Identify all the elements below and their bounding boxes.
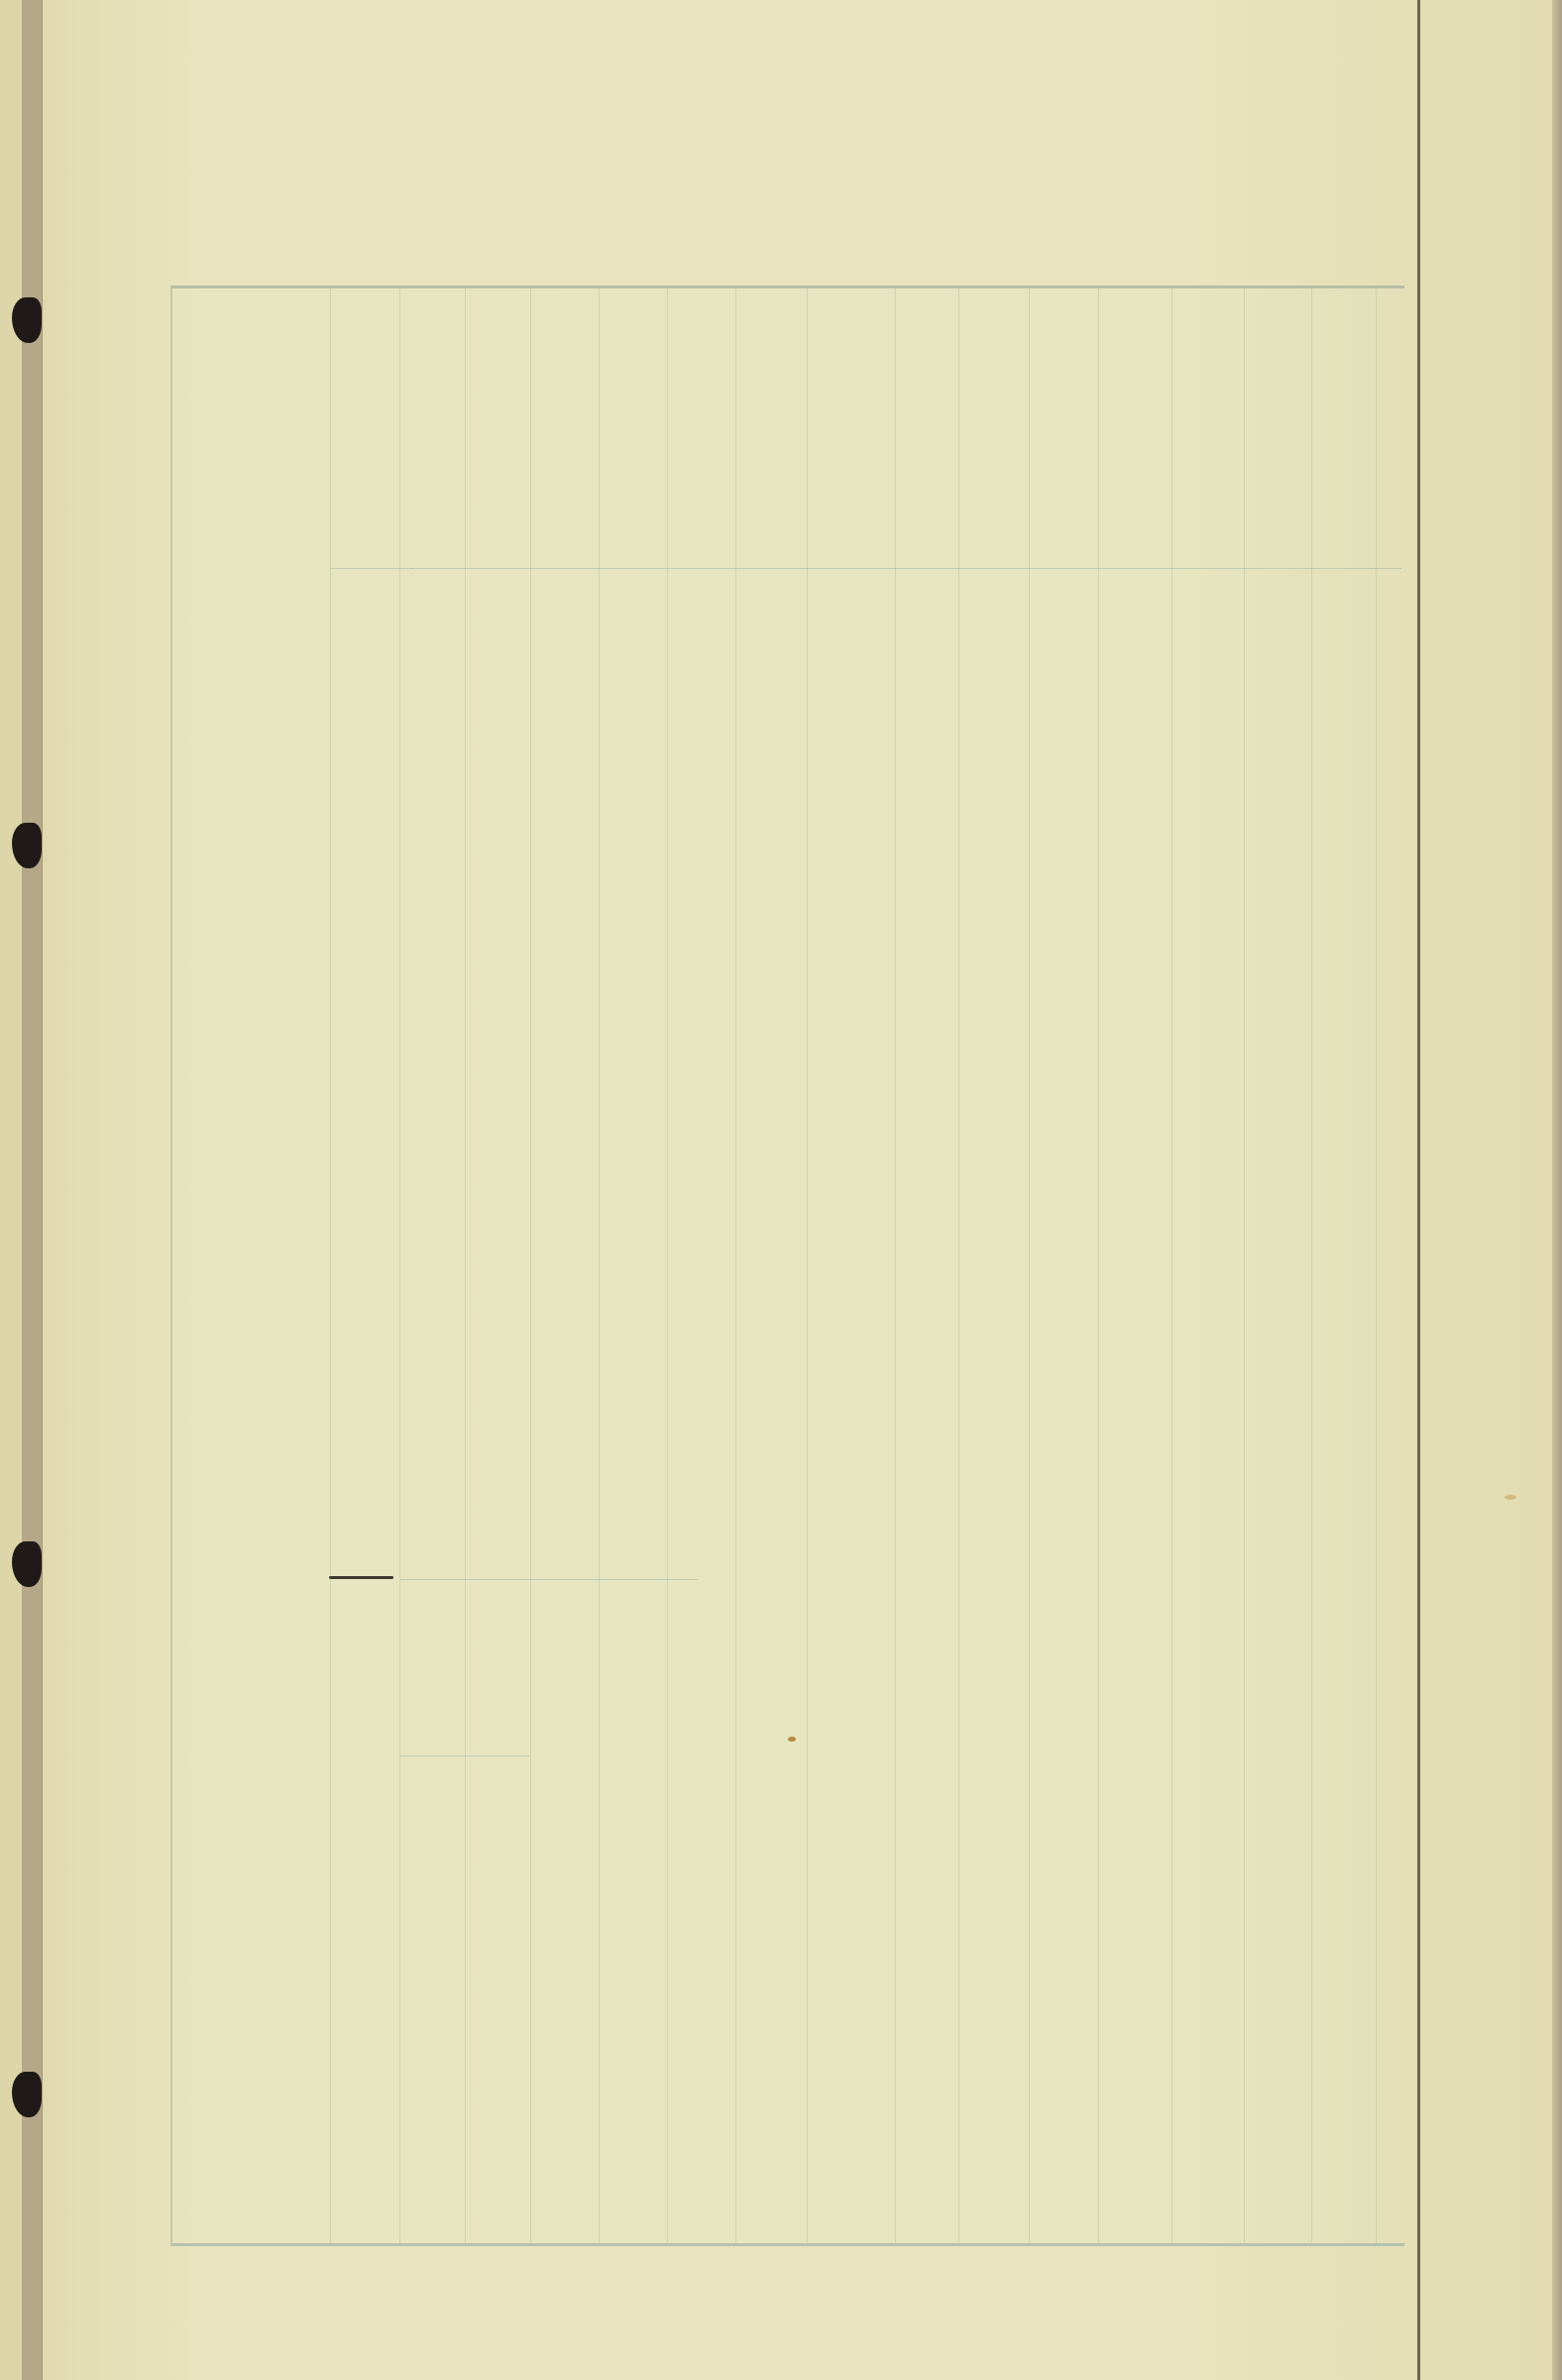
binding-hole-1 xyxy=(12,297,42,343)
column-divider xyxy=(1311,288,1312,2243)
column-divider xyxy=(1244,288,1245,2243)
ink-dash-mark xyxy=(329,1576,393,1579)
column-divider xyxy=(399,288,400,2243)
binding-strip xyxy=(22,0,43,2380)
margin-bleed-through-text xyxy=(203,555,252,1332)
column-divider xyxy=(667,288,668,2243)
column-divider xyxy=(1098,288,1099,2243)
binding-hole-4 xyxy=(12,2072,42,2117)
binding-hole-2 xyxy=(12,823,42,868)
paper-stain xyxy=(788,1737,796,1742)
section-separator xyxy=(400,1579,698,1580)
header-underline xyxy=(330,568,413,569)
left-margin-strip xyxy=(0,0,24,2380)
page-right-edge xyxy=(1552,0,1562,2380)
column-divider xyxy=(530,288,531,2243)
column-divider xyxy=(895,288,896,2243)
ledger-table-frame xyxy=(170,285,1404,2246)
paper-stain xyxy=(1505,1495,1516,1500)
header-underline xyxy=(410,568,1401,569)
column-divider xyxy=(807,288,808,2243)
column-divider xyxy=(330,288,331,2243)
column-divider xyxy=(1171,288,1172,2243)
column-divider xyxy=(958,288,959,2243)
column-divider xyxy=(599,288,600,2243)
column-divider xyxy=(1029,288,1030,2243)
column-divider xyxy=(1376,288,1377,2243)
subsection-line xyxy=(400,1756,529,1757)
column-divider xyxy=(735,288,736,2243)
column-divider xyxy=(465,288,466,2243)
binding-hole-3 xyxy=(12,1541,42,1587)
right-page-rule xyxy=(1417,0,1420,2380)
